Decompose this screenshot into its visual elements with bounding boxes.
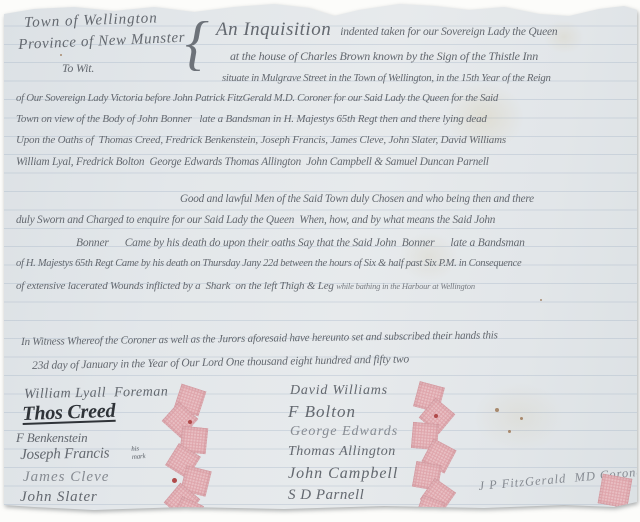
- wax-seal: [598, 474, 633, 509]
- signature-james-cleve: James Cleve: [23, 470, 109, 486]
- opening-line-2: at the house of Charles Brown known by t…: [230, 50, 538, 63]
- stain-speck: [520, 417, 523, 420]
- signature-thomas-allington: Thomas Allington: [288, 445, 396, 460]
- opening-line-1-rest: indented taken for our Sovereign Lady th…: [340, 26, 557, 38]
- header-town: Town of Wellington: [24, 11, 158, 31]
- opening-lead: An Inquisition: [216, 20, 331, 40]
- stain-speck: [495, 408, 499, 412]
- document-scan: Town of Wellington Province of New Munst…: [0, 0, 640, 522]
- signature-f-bolton: F Bolton: [288, 403, 356, 421]
- signature-john-campbell: John Campbell: [288, 466, 398, 483]
- witness-line-1: In Witness Whereof the Coroner as well a…: [21, 330, 498, 348]
- stain: [474, 382, 564, 452]
- body-line-2: Town on view of the Body of John Bonner …: [16, 114, 487, 126]
- header-province: Province of New Munster: [18, 31, 185, 54]
- signature-john-slater: John Slater: [20, 490, 98, 506]
- inquisition-document-paper: Town of Wellington Province of New Munst…: [4, 2, 637, 515]
- signature-mark-note: his mark: [131, 444, 146, 462]
- stain-speck: [540, 299, 542, 301]
- verdict-line-5-main: of extensive lacerated Wounds inflicted …: [16, 281, 336, 293]
- header-brace: {: [185, 18, 209, 69]
- opening-line-1: An Inquisition indented taken for our So…: [216, 20, 557, 40]
- body-line-3: Upon the Oaths of Thomas Creed, Fredrick…: [16, 135, 506, 147]
- body-line-1: of Our Sovereign Lady Victoria before Jo…: [16, 93, 498, 104]
- paper-shadow-wrap: Town of Wellington Province of New Munst…: [0, 0, 640, 522]
- signature-joseph-francis: Joseph Francis: [20, 446, 110, 463]
- witness-line-2: 23d day of January in the Year of Our Lo…: [32, 353, 409, 372]
- signature-sd-parnell: S D Parnell: [288, 488, 364, 504]
- verdict-line-2: duly Sworn and Charged to enquire for ou…: [16, 215, 495, 227]
- signature-david-williams: David Williams: [290, 384, 388, 399]
- stain-speck: [60, 54, 62, 56]
- header-to-wit: To Wit.: [62, 62, 94, 75]
- verdict-line-3: Bonner Came by his death do upon their o…: [76, 237, 525, 249]
- verdict-line-5: of extensive lacerated Wounds inflicted …: [16, 281, 475, 293]
- signature-george-edwards: George Edwards: [290, 425, 398, 440]
- signature-thos-creed: Thos Creed: [22, 401, 116, 425]
- seal-red-dot: [188, 420, 192, 424]
- stain-speck: [508, 430, 511, 433]
- body-line-4: William Lyal, Fredrick Bolton George Edw…: [16, 157, 489, 169]
- seal-red-dot: [434, 414, 438, 418]
- seal-red-dot: [172, 478, 177, 483]
- verdict-line-5-note: while bathing in the Harbour at Wellingt…: [336, 282, 475, 291]
- signature-benkenstein: F Benkenstein: [16, 431, 87, 445]
- verdict-line-1: Good and lawful Men of the Said Town dul…: [180, 194, 534, 206]
- verdict-line-4: of H. Majestys 65th Regt Came by his dea…: [16, 258, 521, 269]
- opening-line-3: situate in Mulgrave Street in the Town o…: [222, 73, 551, 84]
